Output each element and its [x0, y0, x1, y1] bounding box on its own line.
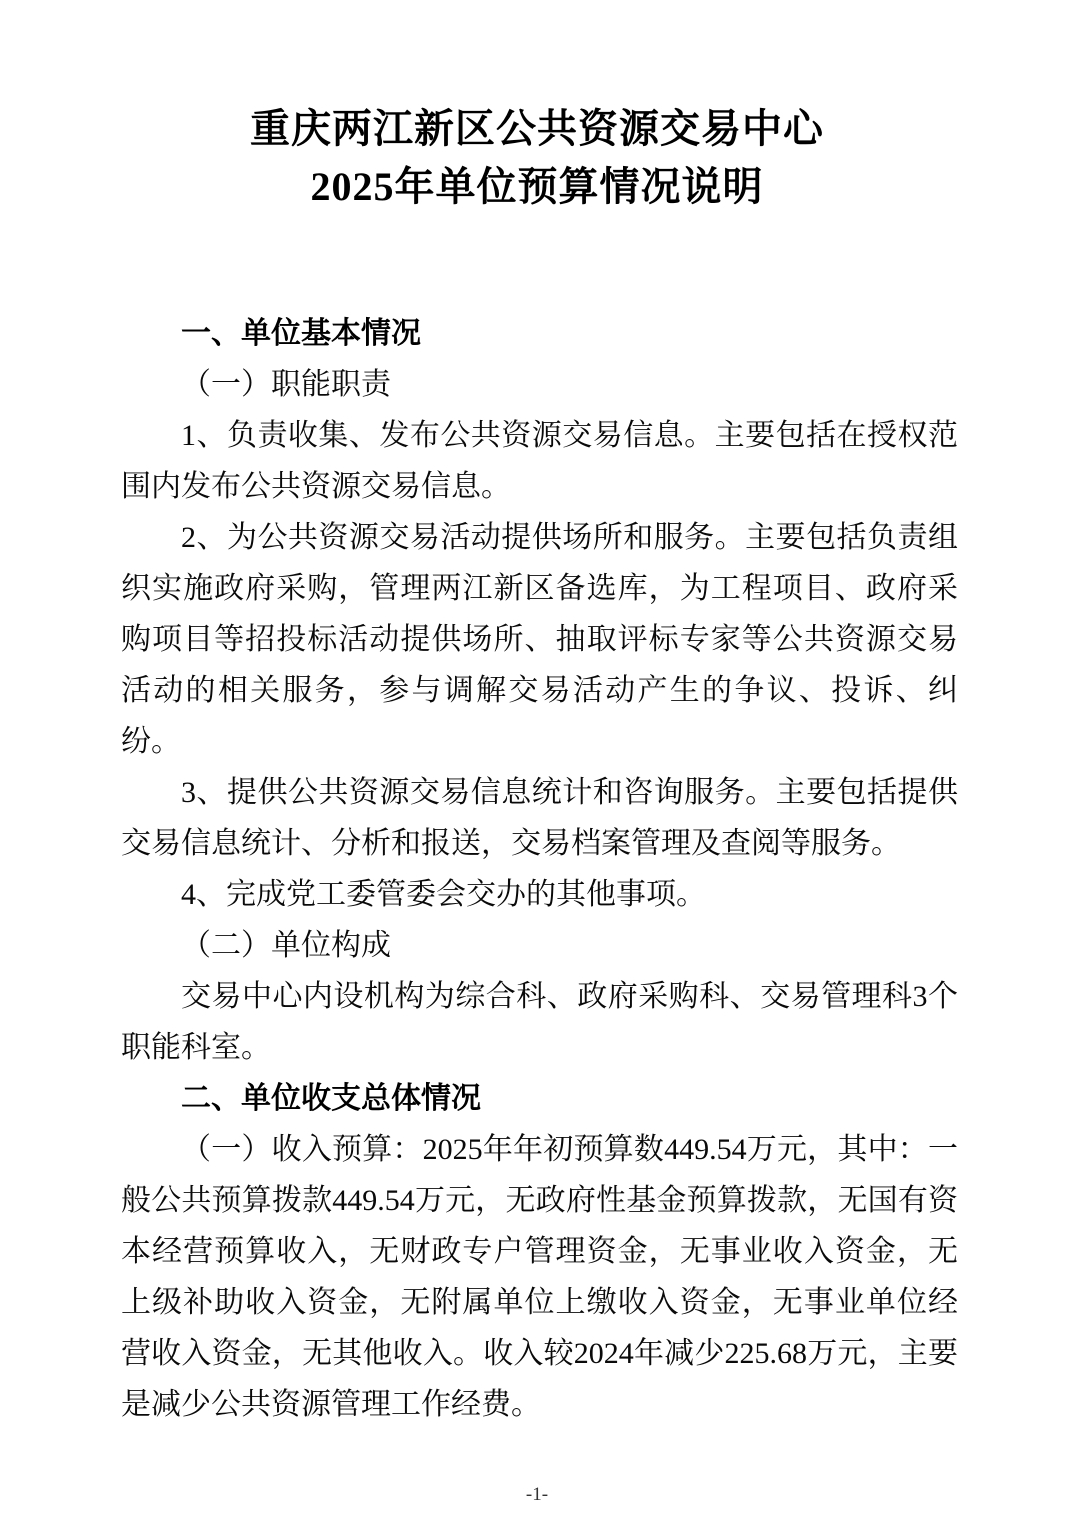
- document-title-line1: 重庆两江新区公共资源交易中心: [0, 100, 1074, 158]
- paragraph: 3、提供公共资源交易信息统计和咨询服务。主要包括提供交易信息统计、分析和报送，交…: [121, 767, 958, 869]
- section-heading: 一、单位基本情况: [121, 308, 958, 359]
- paragraph: 2、为公共资源交易活动提供场所和服务。主要包括负责组织实施政府采购，管理两江新区…: [121, 512, 958, 767]
- document-body: 一、单位基本情况 （一）职能职责 1、负责收集、发布公共资源交易信息。主要包括在…: [121, 308, 958, 1430]
- paragraph: 交易中心内设机构为综合科、政府采购科、交易管理科3个职能科室。: [121, 971, 958, 1073]
- paragraph: （一）收入预算：2025年年初预算数449.54万元，其中：一般公共预算拨款44…: [121, 1124, 958, 1430]
- subsection-heading: （二）单位构成: [121, 920, 958, 971]
- section-heading: 二、单位收支总体情况: [121, 1073, 958, 1124]
- page-number: -1-: [0, 1484, 1074, 1506]
- document-title: 重庆两江新区公共资源交易中心 2025年单位预算情况说明: [0, 0, 1074, 216]
- paragraph: 4、完成党工委管委会交办的其他事项。: [121, 869, 958, 920]
- paragraph: 1、负责收集、发布公共资源交易信息。主要包括在授权范围内发布公共资源交易信息。: [121, 410, 958, 512]
- subsection-heading: （一）职能职责: [121, 359, 958, 410]
- document-page: 重庆两江新区公共资源交易中心 2025年单位预算情况说明 一、单位基本情况 （一…: [0, 0, 1074, 1520]
- document-title-line2: 2025年单位预算情况说明: [0, 158, 1074, 216]
